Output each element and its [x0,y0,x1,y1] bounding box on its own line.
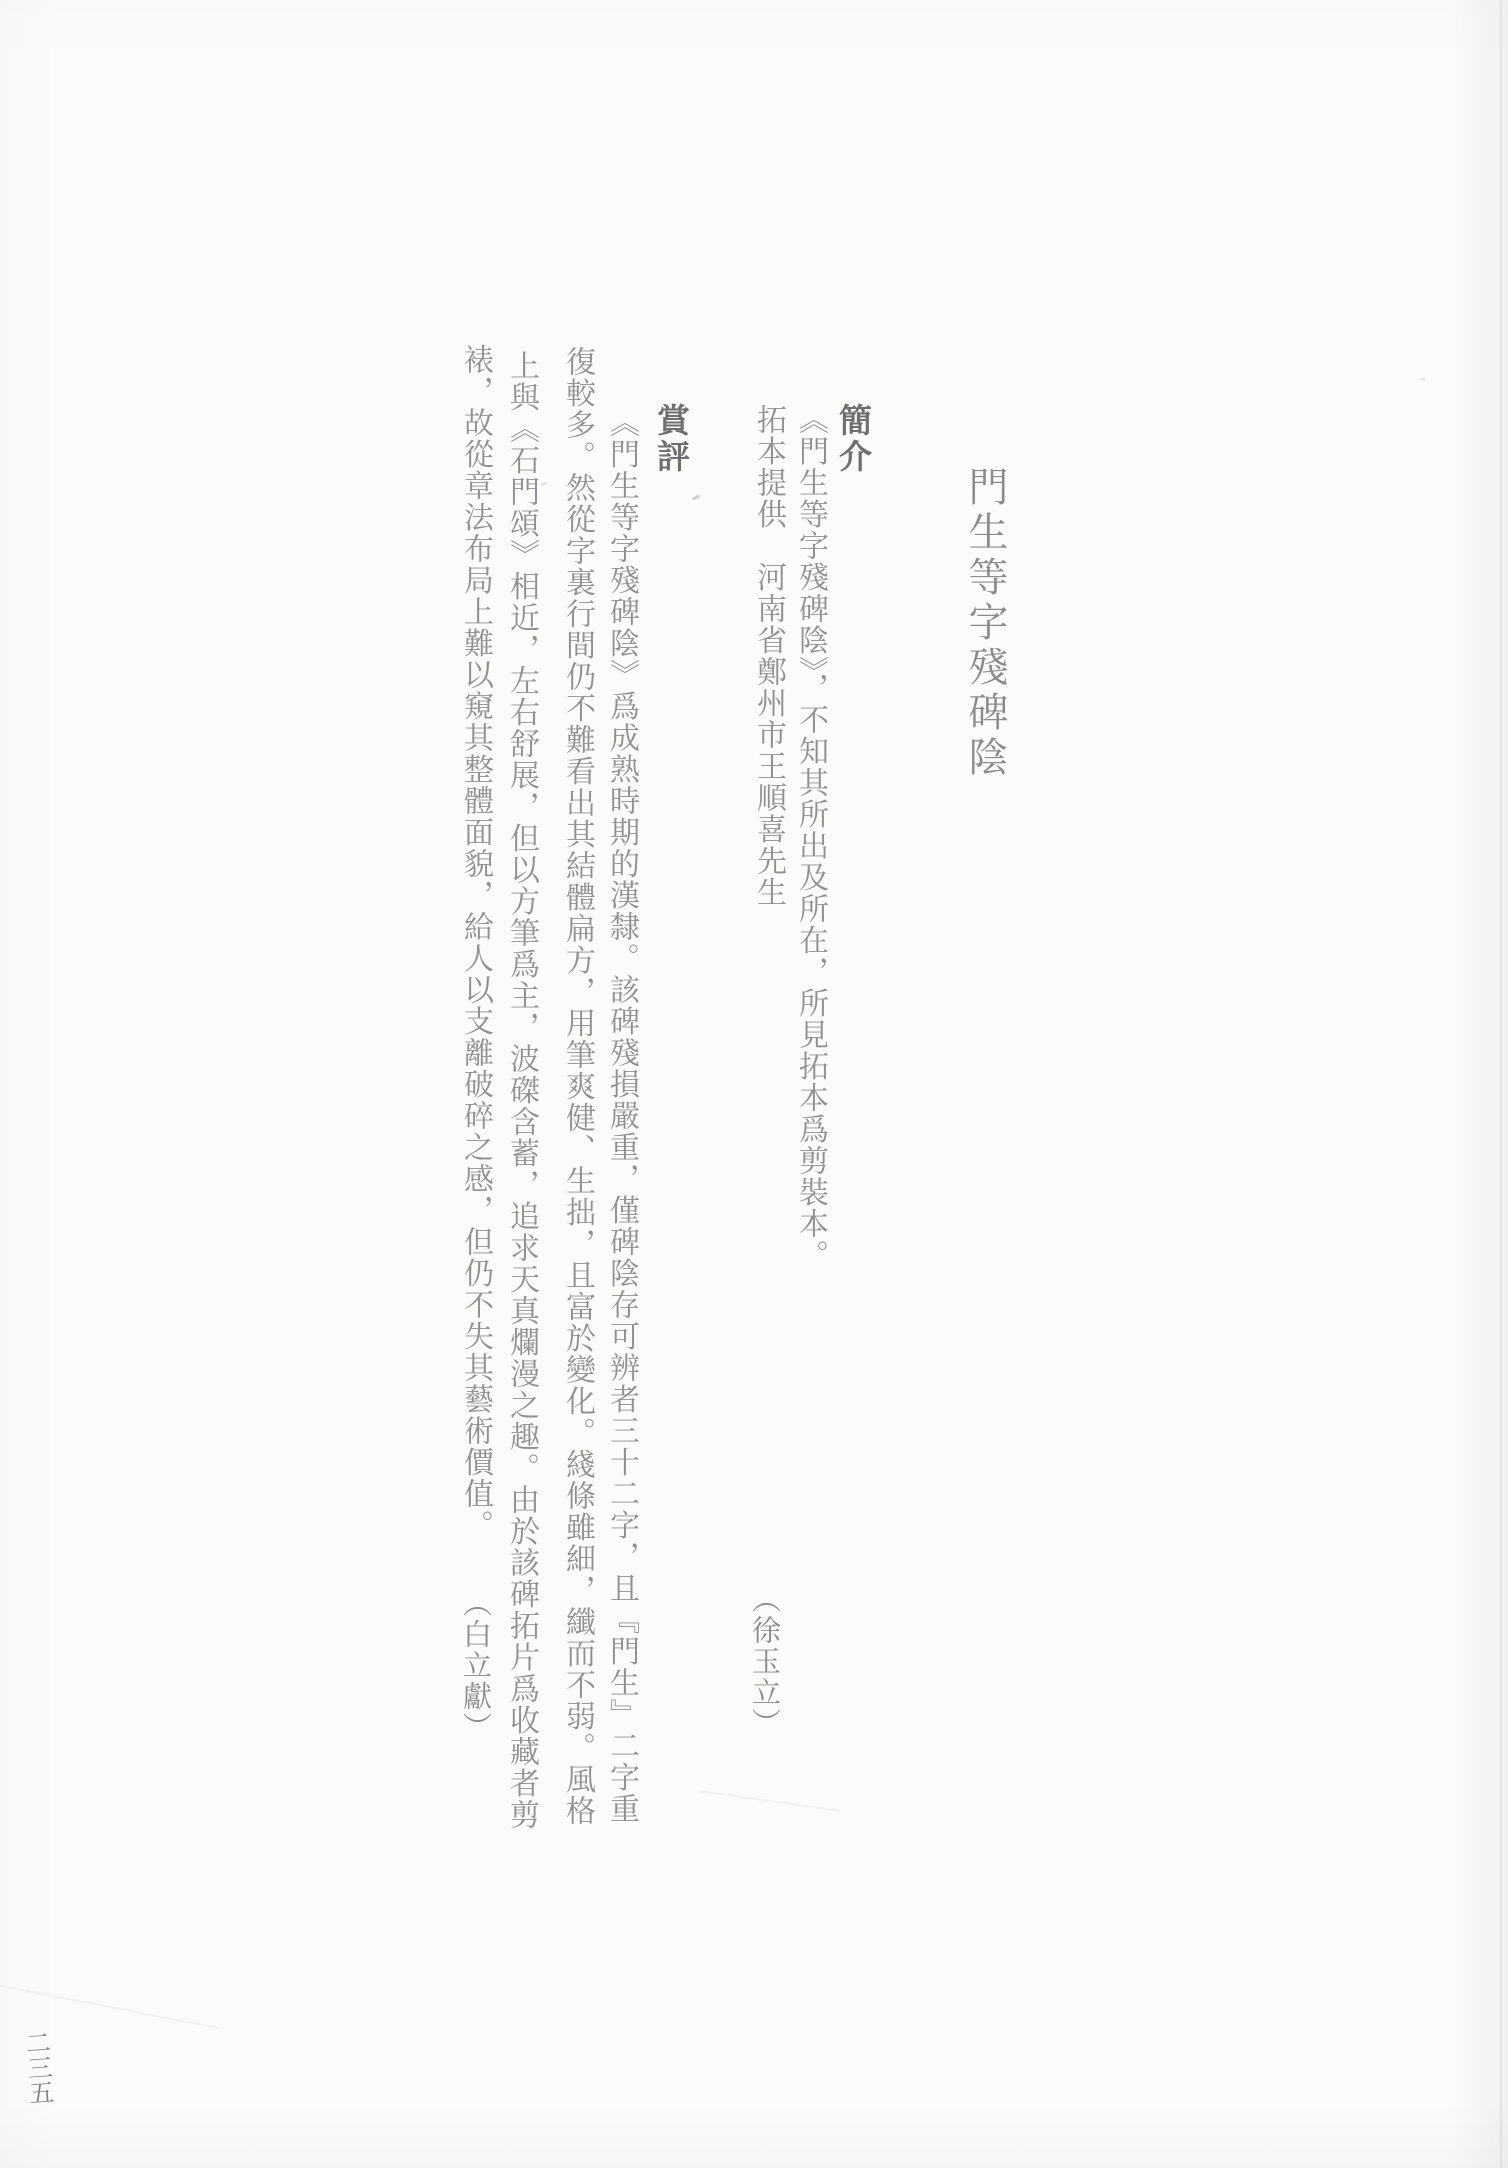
intro-section-heading: 簡介 [837,403,870,475]
rubbing-provider-column: 拓本提供 河南省鄭州市王順喜先生 [753,404,783,908]
page-crease [0,1983,218,2029]
page-title: 門生等字殘碑陰 [965,466,1005,781]
scanned-book-page: { "page": { "title": "門生等字殘碑陰", "page_nu… [0,0,1508,2168]
dust-speck [692,494,700,500]
dust-speck [1420,377,1425,380]
review-attribution: （白立獻） [461,1588,490,1743]
scan-right-edge [1500,0,1502,2168]
dust-speck [541,482,547,486]
review-column-2: 復較多。然從字裏行間仍不難看出其結體扁方，用筆爽健、生拙，且富於變化。綫條雖細，… [562,346,592,1827]
page-crease [701,1790,840,1811]
review-section-heading: 賞評 [655,403,688,475]
paper-tone-overlay [0,0,1508,2168]
intro-text-column: 《門生等字殘碑陰》，不知其所出及所在，所見拓本爲剪裝本。 [795,404,825,1271]
review-column-1: 《門生等字殘碑陰》爲成熟時期的漢隸。該碑殘損嚴重，僅碑陰存可辨者三十二字，且『門… [606,407,636,1825]
page-number: 二三五 [23,2029,53,2106]
review-column-4: 裱，故從章法布局上難以窺其整體面貌，給人以支離破碎之感，但仍不失其藝術價值。 [460,344,490,1541]
intro-attribution: （徐玉立） [750,1584,779,1739]
review-column-3: 上與《石門頌》相近，左右舒展，但以方筆爲主，波磔含蓄，追求天真爛漫之趣。由於該碑… [506,350,536,1831]
